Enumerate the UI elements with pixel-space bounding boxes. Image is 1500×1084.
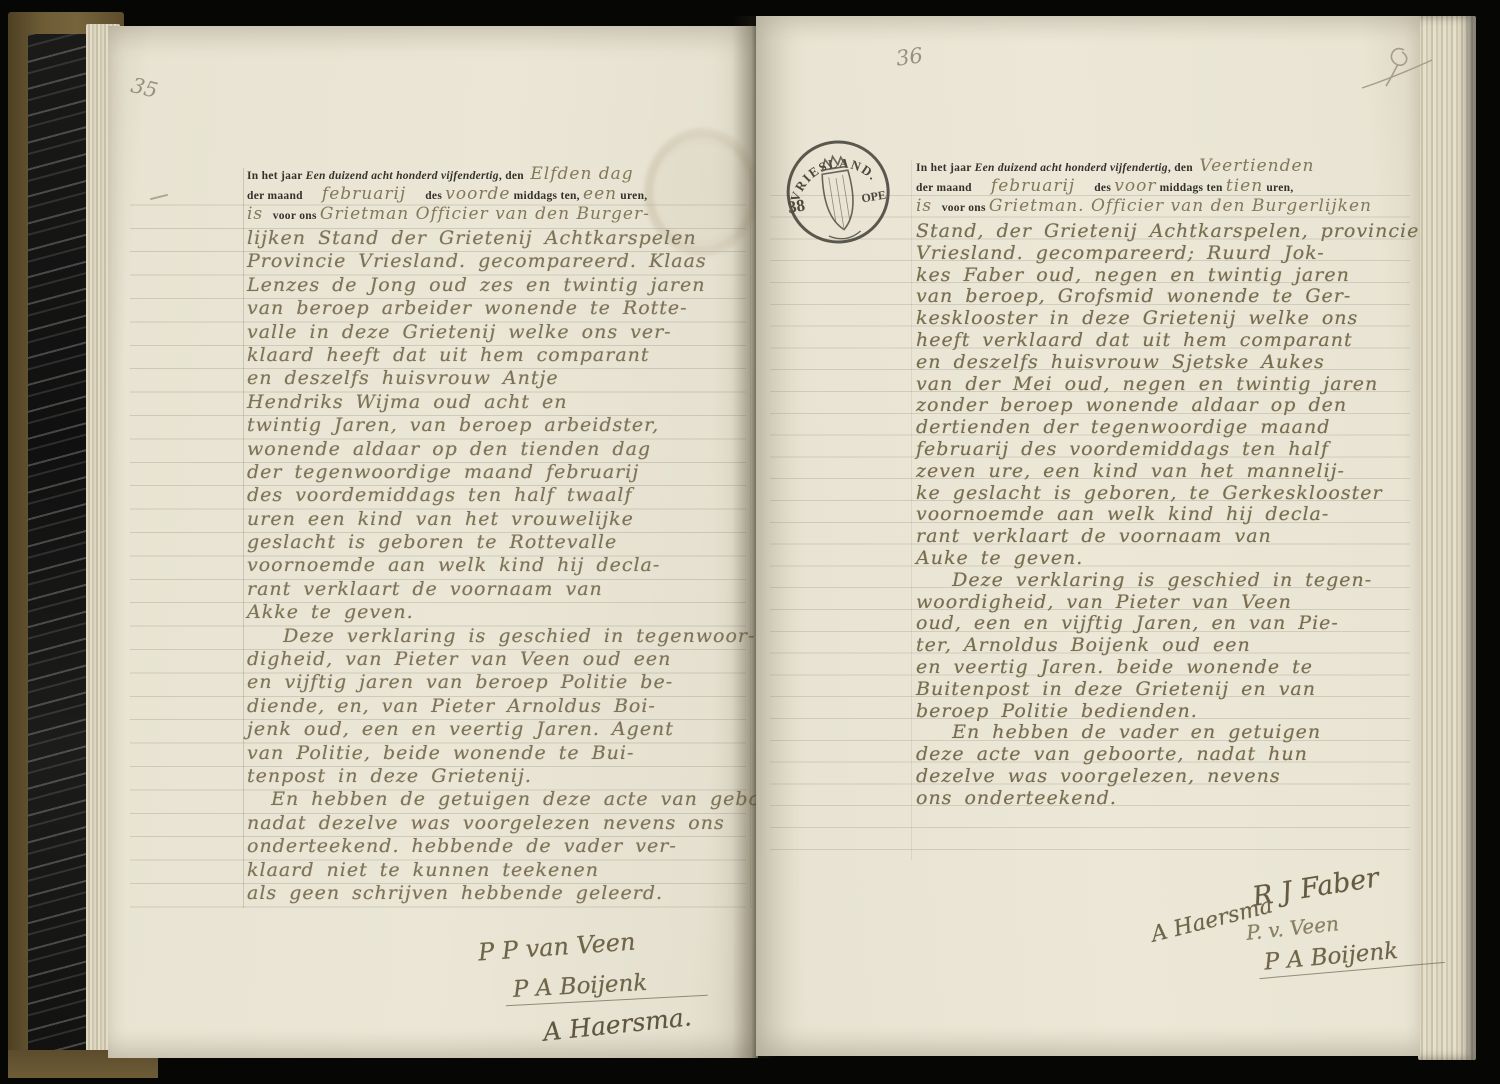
- manuscript-line: heeft verklaard dat uit hem comparant: [916, 330, 1458, 352]
- stamp-value-right: OPE: [860, 188, 887, 206]
- manuscript-line: wonende aldaar op den tienden dag: [247, 438, 753, 461]
- manuscript-line: beroep Politie bedienden.: [916, 701, 1458, 723]
- manuscript-line: voornoemde aan welk kind hij decla-: [916, 504, 1458, 526]
- manuscript-line: en deszelfs huisvrouw Sjetske Aukes: [916, 352, 1458, 374]
- form-header-line-1: In het jaar Een duizend acht honderd vij…: [916, 156, 1458, 176]
- form-text-segment: uren,: [1263, 182, 1293, 194]
- form-text-segment: des: [1075, 182, 1114, 194]
- manuscript-line: zonder beroep wonende aldaar op den: [916, 395, 1458, 417]
- pencil-flourish-mark: [1352, 36, 1444, 98]
- manuscript-line: ke geslacht is geboren, te Gerkesklooste…: [916, 483, 1458, 505]
- form-text-segment: Elfden dag: [530, 164, 633, 184]
- page-number-right: 36: [894, 43, 924, 70]
- manuscript-line: Hendriks Wijma oud acht en: [247, 391, 753, 414]
- form-text-segment: , den: [1168, 162, 1200, 174]
- manuscript-line: Provincie Vriesland. gecompareerd. Klaas: [247, 250, 753, 273]
- form-text-segment: Een duizend acht honderd vijfendertig: [975, 162, 1168, 174]
- manuscript-line: kesklooster in deze Grietenij welke ons: [916, 308, 1458, 330]
- manuscript-line: Stand, der Grietenij Achtkarspelen, prov…: [916, 221, 1458, 243]
- manuscript-line: zeven ure, een kind van het mannelij-: [916, 461, 1458, 483]
- manuscript-line: des voordemiddags ten half twaalf: [247, 484, 753, 507]
- form-text-segment: voor ons: [932, 202, 989, 214]
- manuscript-line: nadat dezelve was voorgelezen nevens ons: [247, 812, 753, 835]
- manuscript-line: Deze verklaring is geschied in tegenwoor…: [247, 625, 753, 648]
- form-header-line-3: is voor ons Grietman Officier van den Bu…: [247, 204, 753, 224]
- manuscript-line: Deze verklaring is geschied in tegen-: [916, 570, 1458, 592]
- manuscript-line: lijken Stand der Grietenij Achtkarspelen: [247, 227, 753, 250]
- manuscript-line: tenpost in deze Grietenij.: [247, 765, 753, 788]
- manuscript-line: jenk oud, een en veertig Jaren. Agent: [247, 718, 753, 741]
- manuscript-line: woordigheid, van Pieter van Veen: [916, 592, 1458, 614]
- manuscript-line: geslacht is geboren te Rottevalle: [247, 531, 753, 554]
- manuscript-line: En hebben de vader en getuigen: [916, 722, 1458, 744]
- form-header-line-2: der maand februarij des voor middags ten…: [916, 176, 1458, 196]
- form-text-segment: middags ten: [1157, 182, 1226, 194]
- manuscript-line: dertienden der tegenwoordige maand: [916, 417, 1458, 439]
- marbled-endpaper: [28, 34, 90, 1056]
- manuscript-line: en veertig Jaren. beide wonende te: [916, 657, 1458, 679]
- form-header-line-3: is voor ons Grietman. Officier van den B…: [916, 196, 1458, 216]
- form-text-segment: voor ons: [263, 210, 320, 222]
- stamp-value-left: 38: [786, 195, 806, 216]
- manuscript-line: klaard heeft dat uit hem comparant: [247, 344, 753, 367]
- form-text-segment: Grietman. Officier van den Burgerlijken: [989, 196, 1372, 216]
- manuscript-line: der tegenwoordige maand februarij: [247, 461, 753, 484]
- right-page-entry: In het jaar Een duizend acht honderd vij…: [916, 156, 1458, 810]
- form-text-segment: voorde: [445, 184, 510, 204]
- manuscript-line: kes Faber oud, negen en twintig jaren: [916, 265, 1458, 287]
- manuscript-line: ons onderteekend.: [916, 788, 1458, 810]
- manuscript-line: deze acte van geboorte, nadat hun: [916, 744, 1458, 766]
- form-text-segment: der maand: [916, 182, 991, 194]
- form-text-segment: des: [406, 190, 445, 202]
- manuscript-line: en vijftig jaren van beroep Politie be-: [247, 671, 753, 694]
- manuscript-line: en deszelfs huisvrouw Antje: [247, 367, 753, 390]
- manuscript-line: van der Mei oud, negen en twintig jaren: [916, 374, 1458, 396]
- form-header-line-2: der maand februarij des voorde middags t…: [247, 184, 753, 204]
- form-text-segment: uren,: [617, 190, 647, 202]
- form-text-segment: tien: [1226, 176, 1263, 196]
- form-text-segment: Een duizend acht honderd vijfendertig: [306, 170, 499, 182]
- manuscript-line: rant verklaart de voornaam van: [247, 578, 753, 601]
- form-header-line-1: In het jaar Een duizend acht honderd vij…: [247, 164, 753, 184]
- manuscript-line: diende, en, van Pieter Arnoldus Boi-: [247, 695, 753, 718]
- form-text-segment: Veertienden: [1199, 156, 1314, 176]
- manuscript-body: Stand, der Grietenij Achtkarspelen, prov…: [916, 221, 1458, 810]
- manuscript-body: lijken Stand der Grietenij Achtkarspelen…: [247, 227, 753, 905]
- left-page-entry: In het jaar Een duizend acht honderd vij…: [247, 164, 753, 905]
- manuscript-line: van Politie, beide wonende te Bui-: [247, 742, 753, 765]
- form-text-segment: der maand: [247, 190, 322, 202]
- register-book-scan: 35 In het jaar Een duizend acht honderd …: [0, 0, 1500, 1084]
- manuscript-line: oud, een en vijftig Jaren, en van Pie-: [916, 613, 1458, 635]
- form-text-segment: is: [916, 196, 932, 216]
- form-text-segment: februarij: [991, 176, 1075, 196]
- manuscript-line: Buitenpost in deze Grietenij en van: [916, 679, 1458, 701]
- manuscript-line: valle in deze Grietenij welke ons ver-: [247, 321, 753, 344]
- manuscript-line: voornoemde aan welk kind hij decla-: [247, 554, 753, 577]
- manuscript-line: ter, Arnoldus Boijenk oud een: [916, 635, 1458, 657]
- manuscript-line: dezelve was voorgelezen, nevens: [916, 766, 1458, 788]
- form-text-segment: middags ten,: [510, 190, 583, 202]
- manuscript-line: Lenzes de Jong oud zes en twintig jaren: [247, 274, 753, 297]
- form-text-segment: In het jaar: [916, 162, 975, 174]
- manuscript-line: van beroep, Grofsmid wonende te Ger-: [916, 286, 1458, 308]
- form-text-segment: In het jaar: [247, 170, 306, 182]
- manuscript-line: digheid, van Pieter van Veen oud een: [247, 648, 753, 671]
- manuscript-line: Vriesland. gecompareerd; Ruurd Jok-: [916, 243, 1458, 265]
- manuscript-line: twintig Jaren, van beroep arbeidster,: [247, 414, 753, 437]
- left-margin-line: [243, 168, 244, 908]
- manuscript-line: En hebben de getuigen deze acte van gebo…: [247, 788, 753, 811]
- vriesland-revenue-stamp: VRIESLAND. 38 OPE: [776, 128, 900, 254]
- manuscript-line: rant verklaart de voornaam van: [916, 526, 1458, 548]
- form-text-segment: februarij: [322, 184, 406, 204]
- manuscript-line: klaard niet te kunnen teekenen: [247, 859, 753, 882]
- manuscript-line: van beroep arbeider wonende te Rotte-: [247, 297, 753, 320]
- manuscript-line: als geen schrijven hebbende geleerd.: [247, 882, 753, 905]
- form-text-segment: Grietman Officier van den Burger-: [320, 204, 650, 224]
- manuscript-line: Akke te geven.: [247, 601, 753, 624]
- manuscript-line: februarij des voordemiddags ten half: [916, 439, 1458, 461]
- manuscript-line: uren een kind van het vrouwelijke: [247, 508, 753, 531]
- form-text-segment: , den: [499, 170, 531, 182]
- form-text-segment: een: [583, 184, 617, 204]
- form-text-segment: voor: [1114, 176, 1156, 196]
- manuscript-line: onderteekend. hebbende de vader ver-: [247, 835, 753, 858]
- right-page-margin-line: [911, 160, 912, 860]
- form-text-segment: is: [247, 204, 263, 224]
- manuscript-line: Auke te geven.: [916, 548, 1458, 570]
